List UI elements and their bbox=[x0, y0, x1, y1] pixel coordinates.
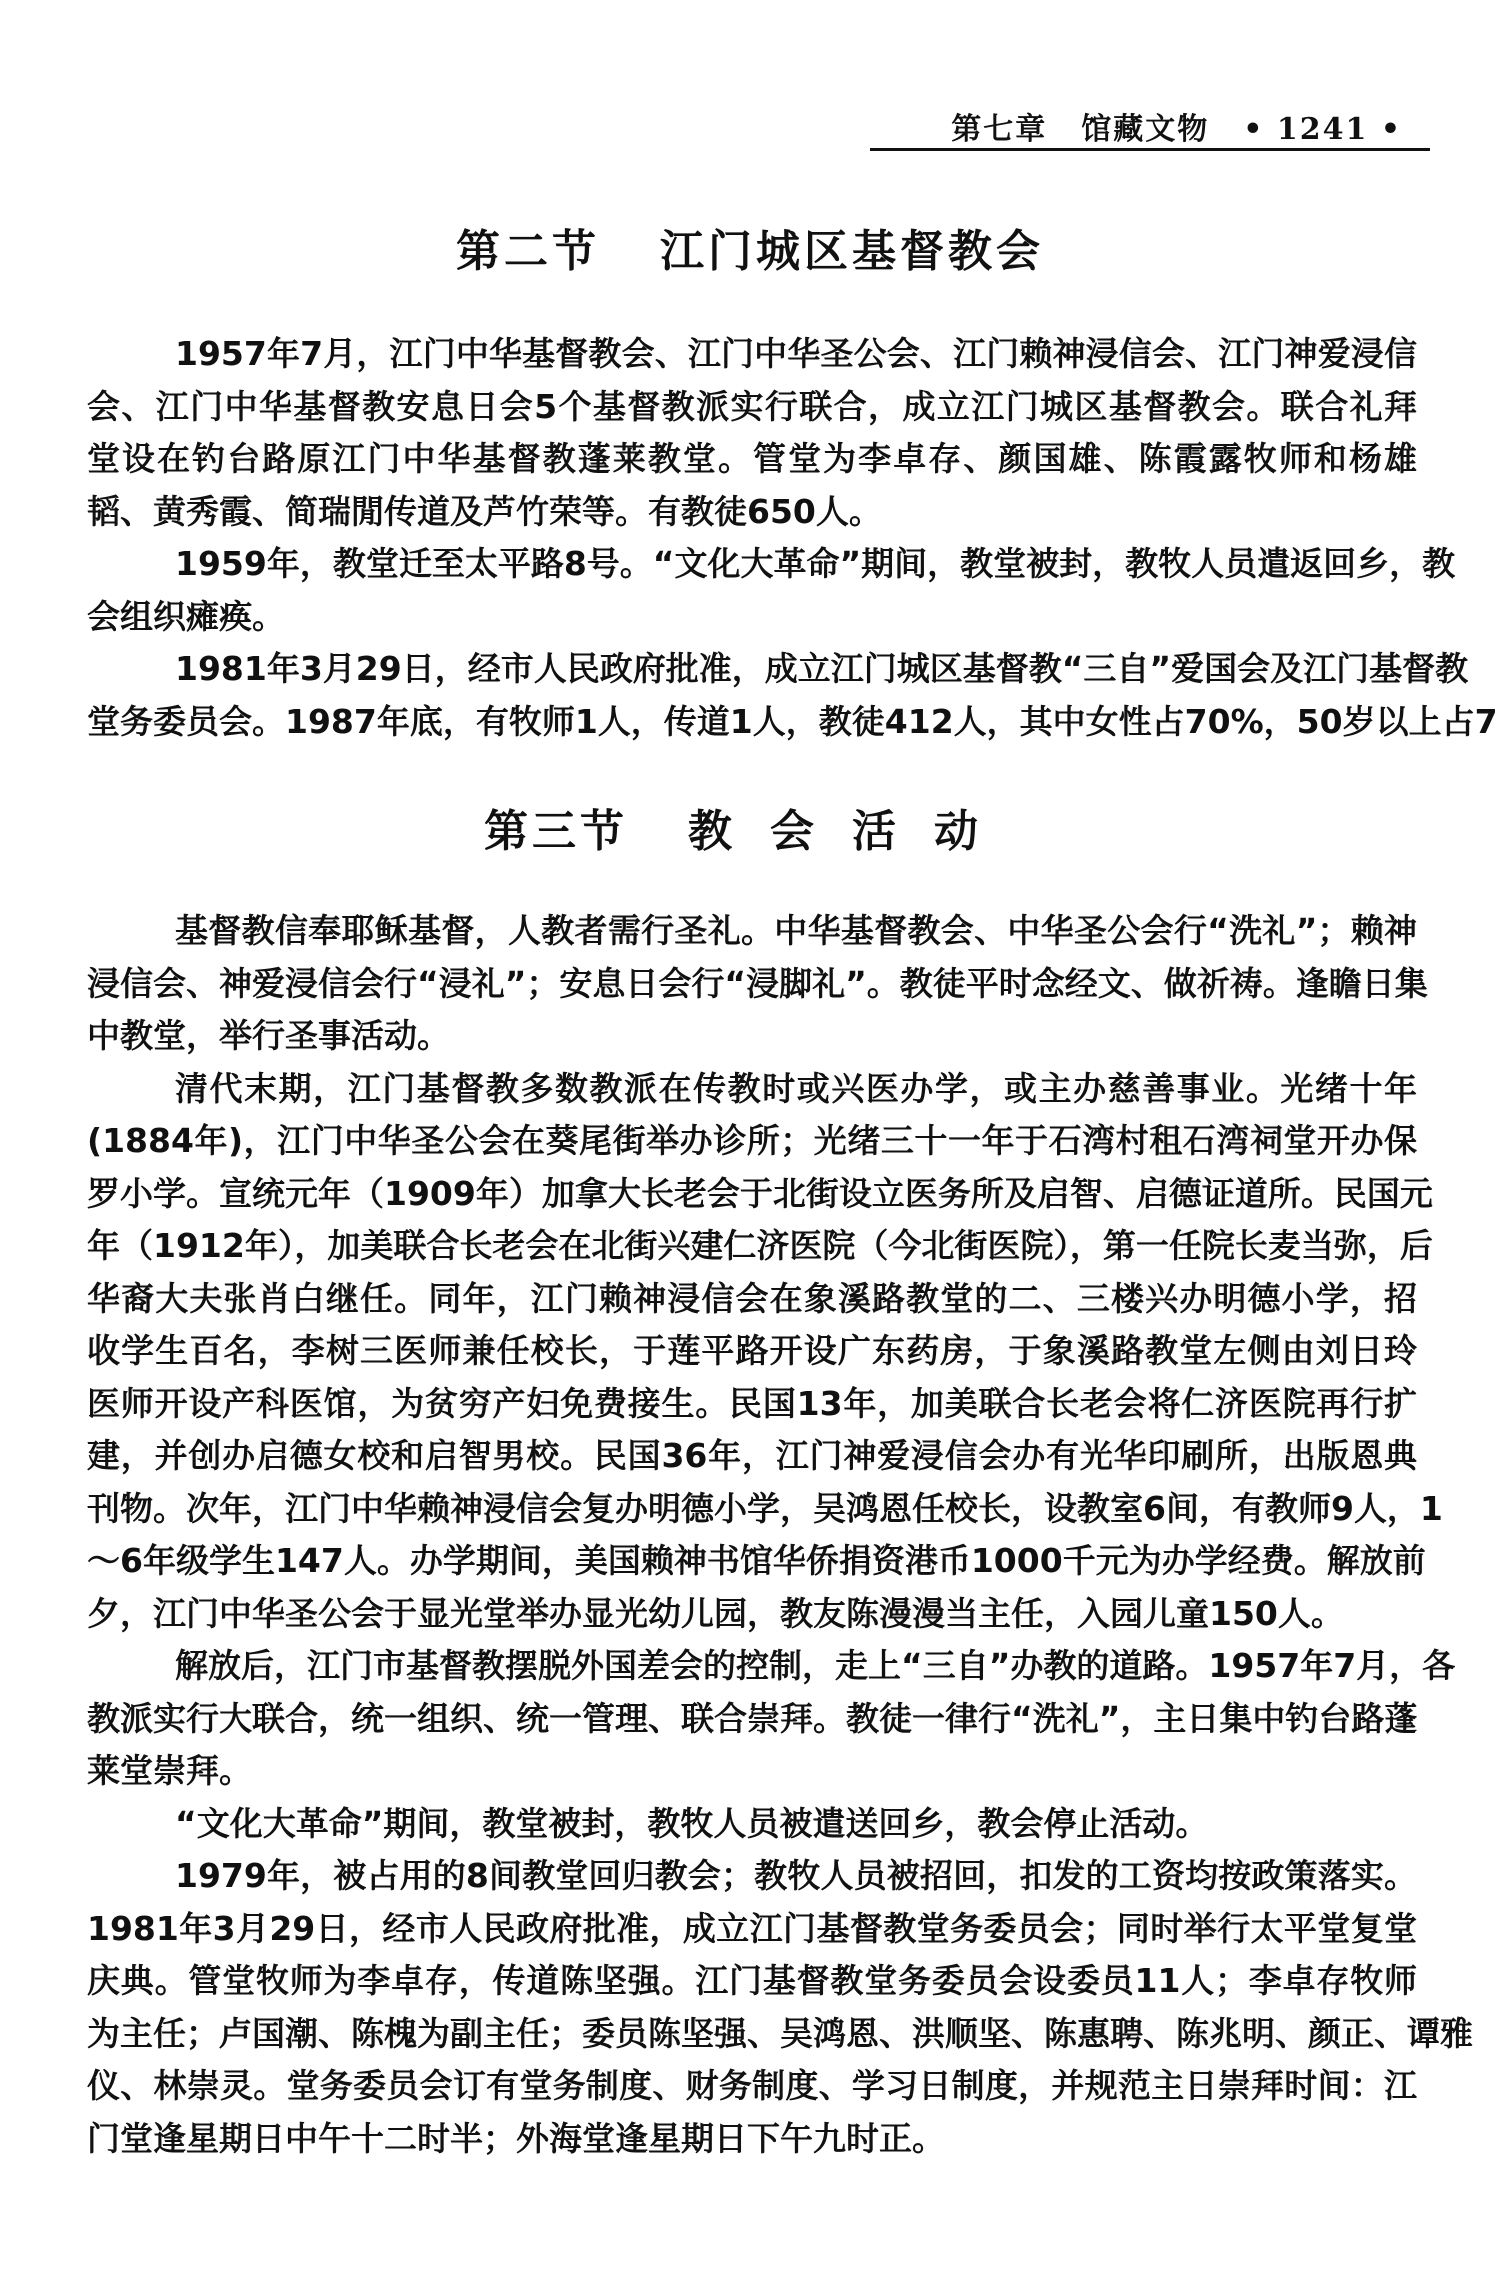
paragraph-line: 中教堂，举行圣事活动。 bbox=[87, 1010, 1417, 1063]
paragraph-line: “文化大革命”期间，教堂被封，教牧人员被遣送回乡，教会停止活动。 bbox=[87, 1798, 1417, 1851]
header-text: 第七章馆藏文物• 1241 • bbox=[951, 104, 1402, 148]
section-number: 第三节 bbox=[484, 806, 628, 857]
paragraph-line: 1957年7月，江门中华基督教会、江门中华圣公会、江门赖神浸信会、江门神爱浸信 bbox=[87, 328, 1417, 381]
paragraph-line: 教派实行大联合，统一组织、统一管理、联合崇拜。教徒一律行“洗礼”，主日集中钓台路… bbox=[87, 1693, 1417, 1746]
page-number: • 1241 • bbox=[1243, 112, 1402, 147]
paragraph-line: 刊物。次年，江门中华赖神浸信会复办明德小学，吴鸿恩任校长，设教室6间，有教师9人… bbox=[87, 1483, 1417, 1536]
section-heading: 江门城区基督教会 bbox=[660, 226, 1044, 277]
paragraph-line: 浸信会、神爱浸信会行“浸礼”；安息日会行“浸脚礼”。教徒平时念经文、做祈祷。逢瞻… bbox=[87, 958, 1417, 1011]
paragraph-line: (1884年)，江门中华圣公会在葵尾街举办诊所；光绪三十一年于石湾村租石湾祠堂开… bbox=[87, 1115, 1417, 1168]
section-title-2: 第二节江门城区基督教会 bbox=[0, 215, 1500, 279]
chapter-number: 第七章 bbox=[951, 112, 1047, 147]
paragraph-line: 莱堂崇拜。 bbox=[87, 1745, 1417, 1798]
paragraph-line: 清代末期，江门基督教多数教派在传教时或兴医办学，或主办慈善事业。光绪十年 bbox=[87, 1063, 1417, 1116]
paragraph-line: 华裔大夫张肖白继任。同年，江门赖神浸信会在象溪路教堂的二、三楼兴办明德小学，招 bbox=[87, 1273, 1417, 1326]
paragraph-line: 为主任；卢国潮、陈槐为副主任；委员陈坚强、吴鸿恩、洪顺坚、陈惠聘、陈兆明、颜正、… bbox=[87, 2008, 1417, 2061]
section-3-body: 基督教信奉耶稣基督，人教者需行圣礼。中华基督教会、中华圣公会行“洗礼”；赖神 浸… bbox=[87, 905, 1417, 2165]
paragraph-line: 1981年3月29日，经市人民政府批准，成立江门城区基督教“三自”爱国会及江门基… bbox=[87, 643, 1417, 696]
paragraph-line: 1979年，被占用的8间教堂回归教会；教牧人员被招回，扣发的工资均按政策落实。 bbox=[87, 1850, 1417, 1903]
paragraph-line: 堂务委员会。1987年底，有牧师1人，传道1人，教徒412人，其中女性占70%，… bbox=[87, 696, 1417, 749]
section-number: 第二节 bbox=[456, 226, 600, 277]
paragraph-line: 会、江门中华基督教安息日会5个基督教派实行联合，成立江门城区基督教会。联合礼拜 bbox=[87, 381, 1417, 434]
page-header: 第七章馆藏文物• 1241 • bbox=[870, 98, 1430, 150]
paragraph-line: 仪、林崇灵。堂务委员会订有堂务制度、财务制度、学习日制度，并规范主日崇拜时间：江 bbox=[87, 2060, 1417, 2113]
section-2-body: 1957年7月，江门中华基督教会、江门中华圣公会、江门赖神浸信会、江门神爱浸信 … bbox=[87, 328, 1417, 748]
paragraph-line: 罗小学。宣统元年（1909年）加拿大长老会于北街设立医务所及启智、启德证道所。民… bbox=[87, 1168, 1417, 1221]
paragraph-line: 1981年3月29日，经市人民政府批准，成立江门基督教堂务委员会；同时举行太平堂… bbox=[87, 1903, 1417, 1956]
paragraph-line: 收学生百名，李树三医师兼任校长，于莲平路开设广东药房，于象溪路教堂左侧由刘日玲 bbox=[87, 1325, 1417, 1378]
chapter-title: 馆藏文物 bbox=[1081, 112, 1209, 147]
paragraph-line: 会组织瘫痪。 bbox=[87, 591, 1417, 644]
paragraph-line: 1959年，教堂迁至太平路8号。“文化大革命”期间，教堂被封，教牧人员遣返回乡，… bbox=[87, 538, 1417, 591]
paragraph-line: 庆典。管堂牧师为李卓存，传道陈坚强。江门基督教堂务委员会设委员11人；李卓存牧师 bbox=[87, 1955, 1417, 2008]
paragraph-line: 韬、黄秀霞、简瑞閒传道及芦竹荣等。有教徒650人。 bbox=[87, 486, 1417, 539]
paragraph-line: 堂设在钓台路原江门中华基督教蓬莱教堂。管堂为李卓存、颜国雄、陈霞露牧师和杨雄 bbox=[87, 433, 1417, 486]
paragraph-line: 解放后，江门市基督教摆脱外国差会的控制，走上“三自”办教的道路。1957年7月，… bbox=[87, 1640, 1417, 1693]
paragraph-line: 夕，江门中华圣公会于显光堂举办显光幼儿园，教友陈漫漫当主任，入园儿童150人。 bbox=[87, 1588, 1417, 1641]
paragraph-line: 基督教信奉耶稣基督，人教者需行圣礼。中华基督教会、中华圣公会行“洗礼”；赖神 bbox=[87, 905, 1417, 958]
section-title-3: 第三节教会活动 bbox=[0, 795, 1500, 859]
header-rule bbox=[870, 148, 1430, 151]
paragraph-line: 门堂逢星期日中午十二时半；外海堂逢星期日下午九时正。 bbox=[87, 2113, 1417, 2166]
paragraph-line: 建，并创办启德女校和启智男校。民国36年，江门神爱浸信会办有光华印刷所，出版恩典 bbox=[87, 1430, 1417, 1483]
paragraph-line: ～6年级学生147人。办学期间，美国赖神书馆华侨捐资港币1000千元为办学经费。… bbox=[87, 1535, 1417, 1588]
paragraph-line: 医师开设产科医馆，为贫穷产妇免费接生。民国13年，加美联合长老会将仁济医院再行扩 bbox=[87, 1378, 1417, 1431]
section-heading: 教会活动 bbox=[688, 806, 1016, 857]
paragraph-line: 年（1912年），加美联合长老会在北街兴建仁济医院（今北街医院），第一任院长麦当… bbox=[87, 1220, 1417, 1273]
